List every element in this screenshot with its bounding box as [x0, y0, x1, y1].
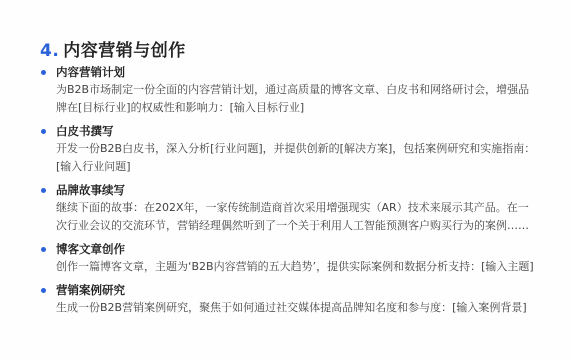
list-item-blog-article: 博客文章创作 创作一篇博客文章，主题为‘B2B内容营销的五大趋势’，提供实际案例…	[40, 241, 540, 276]
item-description: 创作一篇博客文章，主题为‘B2B内容营销的五大趋势’，提供实际案例和数据分析支持…	[56, 258, 536, 276]
prompt-list: 内容营销计划 为B2B市场制定一份全面的内容营销计划，通过高质量的博客文章、白皮…	[40, 64, 540, 323]
list-item-brand-story: 品牌故事续写 继续下面的故事：在202X年，一家传统制造商首次采用增强现实（AR…	[40, 182, 540, 235]
item-description: 继续下面的故事：在202X年，一家传统制造商首次采用增强现实（AR）技术来展示其…	[56, 199, 536, 235]
bullet-icon	[41, 70, 46, 75]
bullet-icon	[41, 129, 46, 134]
document-page: 4.内容营销与创作 内容营销计划 为B2B市场制定一份全面的内容营销计划，通过高…	[0, 0, 570, 360]
item-description: 生成一份B2B营销案例研究，聚焦于如何通过社交媒体提高品牌知名度和参与度：[输入…	[56, 299, 536, 317]
item-title: 内容营销计划	[56, 64, 540, 81]
list-item-whitepaper-writing: 白皮书撰写 开发一份B2B白皮书，深入分析[行业问题]，并提供创新的[解决方案]…	[40, 123, 540, 176]
list-item-marketing-case-study: 营销案例研究 生成一份B2B营销案例研究，聚焦于如何通过社交媒体提高品牌知名度和…	[40, 282, 540, 317]
item-title: 品牌故事续写	[56, 182, 540, 199]
item-title: 白皮书撰写	[56, 123, 540, 140]
bullet-icon	[41, 247, 46, 252]
section-title-text: 内容营销与创作	[63, 41, 186, 61]
list-item-content-marketing-plan: 内容营销计划 为B2B市场制定一份全面的内容营销计划，通过高质量的博客文章、白皮…	[40, 64, 540, 117]
item-description: 为B2B市场制定一份全面的内容营销计划，通过高质量的博客文章、白皮书和网络研讨会…	[56, 81, 536, 117]
item-title: 博客文章创作	[56, 241, 540, 258]
section-number: 4.	[40, 41, 59, 61]
section-heading: 4.内容营销与创作	[40, 36, 186, 61]
bullet-icon	[41, 188, 46, 193]
item-description: 开发一份B2B白皮书，深入分析[行业问题]，并提供创新的[解决方案]，包括案例研…	[56, 140, 536, 176]
bullet-icon	[41, 288, 46, 293]
item-title: 营销案例研究	[56, 282, 540, 299]
